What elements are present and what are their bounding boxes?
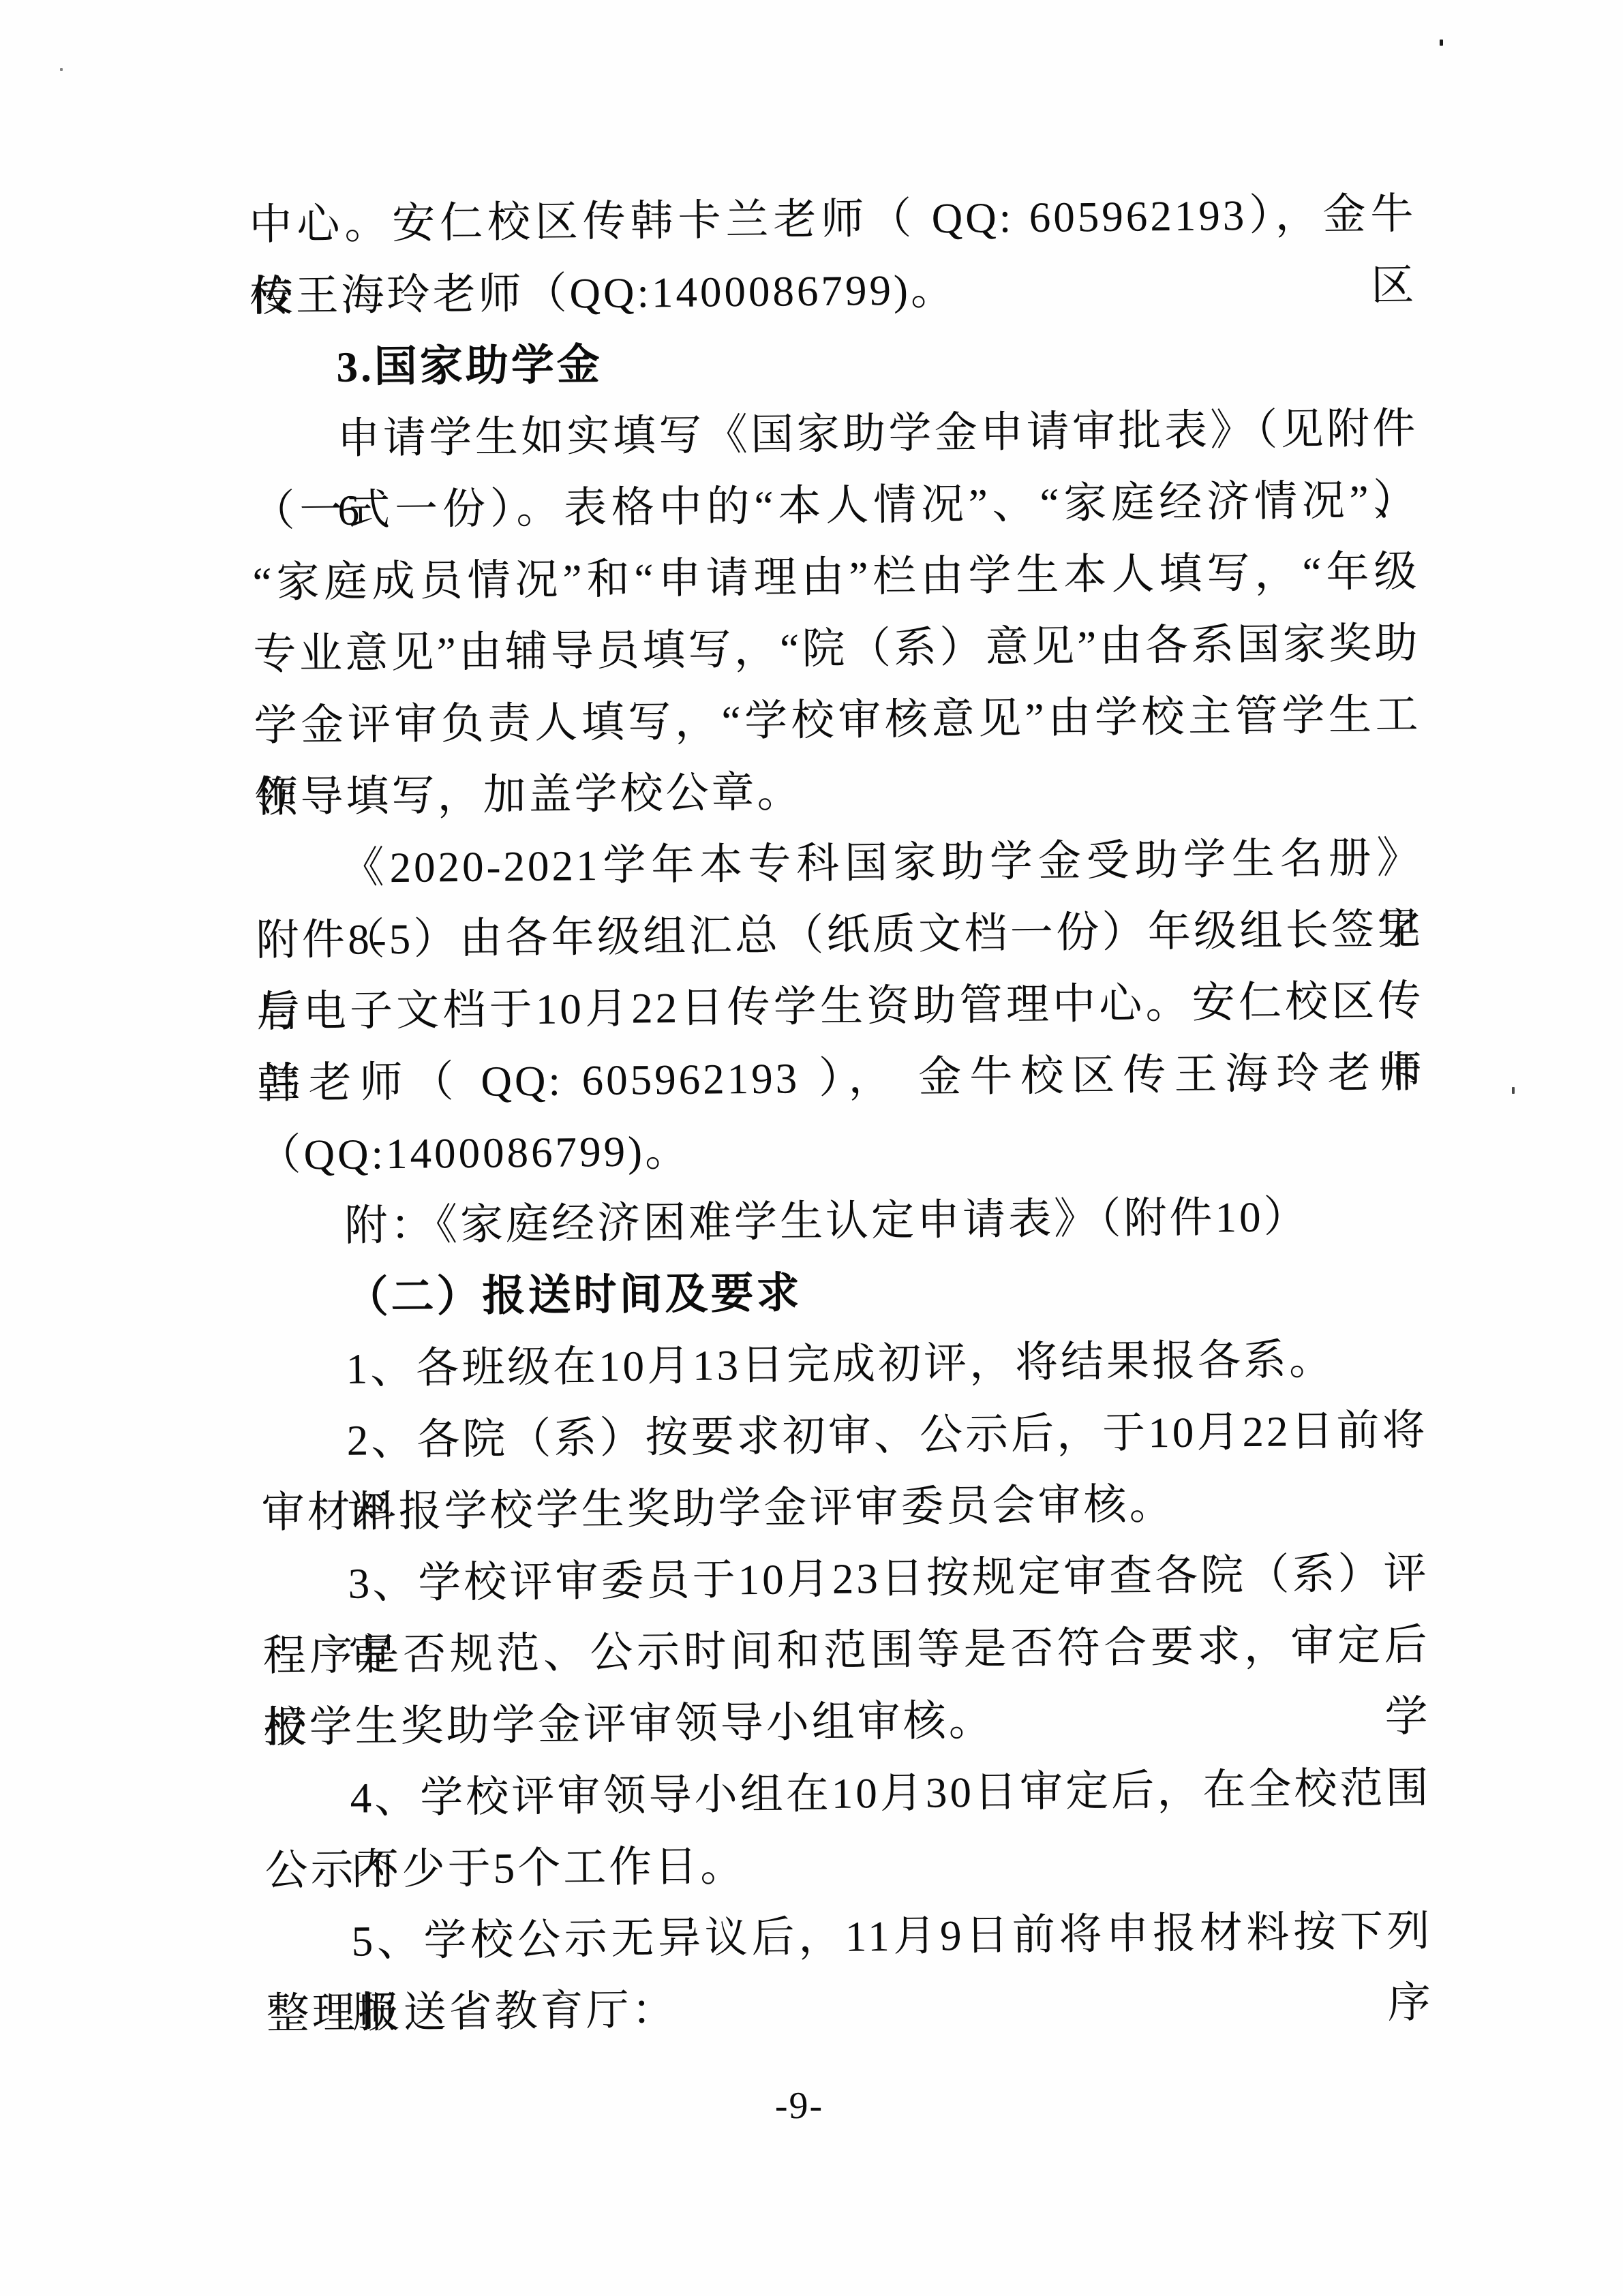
text-line: 专业意见”由辅导员填写，“院（系）意见”由各系国家奖助 — [253, 608, 1421, 690]
text-line: 兰老师（ QQ: 605962193 ）， 金牛校区传王海玲老师 — [257, 1037, 1425, 1120]
text-line: 1、各班级在10月13日完成初评，将结果报各系。 — [260, 1323, 1427, 1405]
text-line: 附件8-5）由各年级组汇总（纸质文档一份）年级组长签字后 — [256, 894, 1423, 977]
text-line: 附：《家庭经济困难学生认定申请表》（附件10） — [258, 1180, 1426, 1262]
scan-speck — [1440, 40, 1443, 46]
text-line: 中心。安仁校区传韩卡兰老师（ QQ: 605962193），金牛校区 — [249, 179, 1416, 261]
text-line: 领导填写，加盖学校公章。 — [254, 751, 1422, 833]
document-body: 中心。安仁校区传韩卡兰老师（ QQ: 605962193），金牛校区传王海玲老师… — [249, 179, 1434, 2050]
text-line: 3.国家助学金 — [250, 322, 1418, 404]
text-line: 程序是否规范、公示时间和范围等是否符合要求，审定后报学 — [262, 1609, 1430, 1692]
text-line: 学金评审负责人填写，“学校审核意见”由学校主管学生工作 — [254, 679, 1421, 762]
text-line: 《2020-2021学年本专科国家助学金受助学生名册》（见 — [255, 823, 1423, 905]
text-line: 2、各院（系）按要求初审、公示后，于10月22日前将评 — [260, 1394, 1428, 1477]
text-line: 5、学校公示无异议后，11月9日前将申报材料按下列顺序 — [265, 1895, 1433, 1978]
text-line: 公示不少于5个工作日。 — [264, 1824, 1432, 1906]
text-line: 与电子文档于10月22日传学生资助管理中心。安仁校区传韩卡 — [256, 966, 1424, 1048]
text-line: “家庭成员情况”和“申请理由”栏由学生本人填写，“年级 — [252, 536, 1420, 619]
text-line: 3、学校评审委员于10月23日按规定审查各院（系）评审 — [262, 1537, 1429, 1620]
scan-speck — [1512, 1087, 1515, 1094]
text-line: 审材料报学校学生奖助学金评审委员会审核。 — [261, 1466, 1429, 1548]
page-number: -9- — [0, 2084, 1611, 2128]
text-line: 申请学生如实填写《国家助学金申请审批表》（见附件6） — [251, 393, 1419, 476]
scan-speck — [60, 68, 63, 71]
text-line: 4、学校评审领导小组在10月30日审定后，在全校范围内 — [264, 1752, 1431, 1835]
scanned-page: 中心。安仁校区传韩卡兰老师（ QQ: 605962193），金牛校区传王海玲老师… — [0, 0, 1623, 2296]
text-line: （二）报送时间及要求 — [259, 1251, 1427, 1334]
text-line: （QQ:1400086799)。 — [258, 1109, 1425, 1191]
text-line: （一式一份）。表格中的“本人情况”、“家庭经济情况”、 — [252, 465, 1419, 547]
